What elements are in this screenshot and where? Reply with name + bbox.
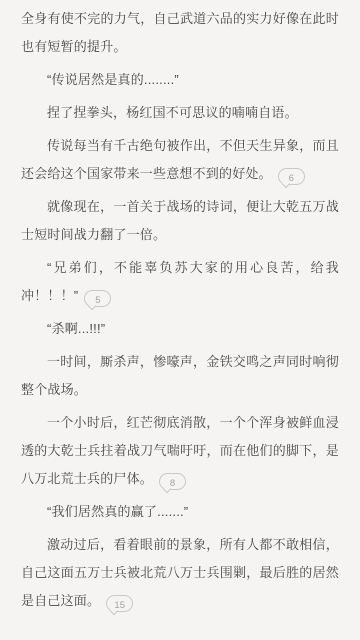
paragraph: 捏了捏拳头，杨红国不可思议的喃喃自语。 bbox=[21, 99, 339, 127]
comment-count-badge[interactable]: 6 bbox=[278, 168, 305, 185]
comment-count-badge[interactable]: 5 bbox=[84, 290, 111, 307]
comment-count-badge[interactable]: 15 bbox=[106, 595, 133, 612]
comment-count: 5 bbox=[95, 295, 100, 306]
paragraph: “兄弟们，不能辜负苏大家的用心良苦，给我冲！！！”5 bbox=[21, 254, 339, 310]
paragraph-text: “我们居然真的赢了.......” bbox=[47, 504, 188, 519]
paragraph: 一时间，厮杀声，惨嚎声，金铁交鸣之声同时响彻整个战场。 bbox=[21, 348, 339, 404]
comment-count: 8 bbox=[170, 478, 175, 489]
paragraph-text: 就像现在，一首关于战场的诗词，便让大乾五万战士短时间战力翻了一倍。 bbox=[21, 199, 339, 242]
paragraph: 全身有使不完的力气，自己武道六品的实力好像在此时也有短暂的提升。 bbox=[21, 5, 339, 61]
paragraph: 激动过后，看着眼前的景象，所有人都不敢相信，自己这面五万士兵被北荒八万士兵围剿，… bbox=[21, 531, 339, 615]
paragraph-text: “传说居然是真的........” bbox=[47, 72, 179, 87]
paragraph-text: 全身有使不完的力气，自己武道六品的实力好像在此时也有短暂的提升。 bbox=[21, 11, 339, 54]
reader-page[interactable]: 全身有使不完的力气，自己武道六品的实力好像在此时也有短暂的提升。 “传说居然是真… bbox=[0, 0, 360, 640]
paragraph-text: 一时间，厮杀声，惨嚎声，金铁交鸣之声同时响彻整个战场。 bbox=[21, 354, 339, 397]
paragraph: 一个小时后，红芒彻底消散，一个个浑身被鲜血浸透的大乾士兵拄着战刀气喘吁吁，而在他… bbox=[21, 409, 339, 493]
paragraph-text: “杀啊...!!!” bbox=[47, 321, 105, 336]
paragraph: “杀啊...!!!” bbox=[21, 315, 339, 343]
paragraph-text: 激动过后，看着眼前的景象，所有人都不敢相信，自己这面五万士兵被北荒八万士兵围剿，… bbox=[21, 537, 339, 608]
paragraph: “传说居然是真的........” bbox=[21, 66, 339, 94]
paragraph: 传说每当有千古绝句被作出，不但天生异象，而且还会给这个国家带来一些意想不到的好处… bbox=[21, 132, 339, 188]
paragraph: 就像现在，一首关于战场的诗词，便让大乾五万战士短时间战力翻了一倍。 bbox=[21, 193, 339, 249]
paragraph-text: 捏了捏拳头，杨红国不可思议的喃喃自语。 bbox=[47, 105, 298, 120]
comment-count-badge[interactable]: 8 bbox=[159, 473, 186, 490]
paragraph-text: “兄弟们，不能辜负苏大家的用心良苦，给我冲！！！” bbox=[21, 260, 339, 303]
paragraph: “我们居然真的赢了.......” bbox=[21, 498, 339, 526]
